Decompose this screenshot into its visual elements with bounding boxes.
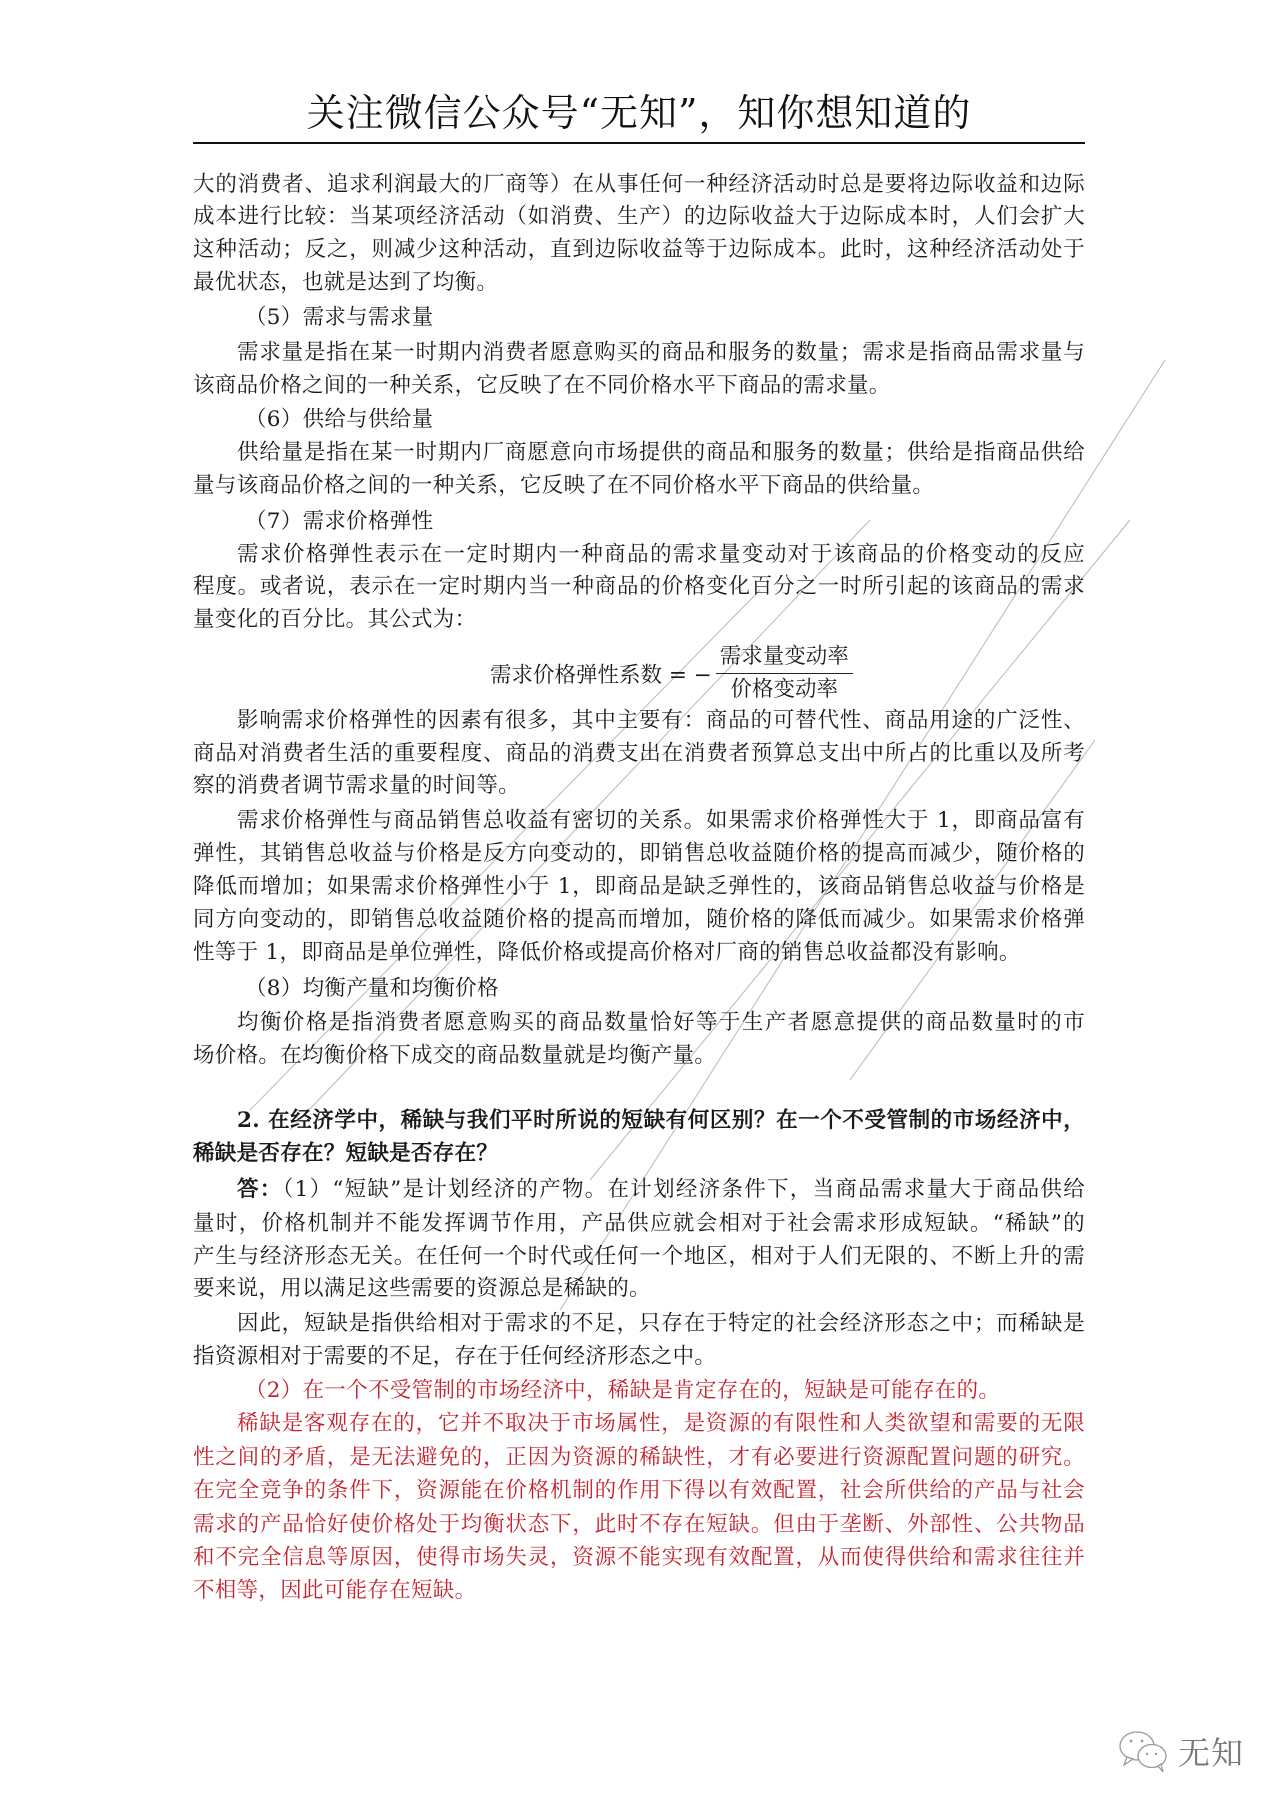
formula-fraction: 需求量变动率 价格变动率: [716, 643, 853, 704]
page-header-title: 关注微信公众号“无知”，知你想知道的: [193, 88, 1085, 138]
header-rule: [193, 142, 1085, 144]
elasticity-formula: 需求价格弹性系数 = − 需求量变动率 价格变动率: [490, 638, 853, 708]
answer-line: 量时，价格机制并不能发挥调节作用，产品供应就会相对于社会需求形成短缺。“稀缺”的: [193, 1209, 1085, 1239]
brand-text: 无知: [1178, 1728, 1244, 1774]
body-line: 量与该商品价格之间的一种关系，它反映了在不同价格水平下商品的供给量。: [193, 471, 1085, 501]
body-line: 供给量是指在某一时期内厂商愿意向市场提供的商品和服务的数量；供给是指商品供给: [193, 438, 1085, 468]
body-line: 影响需求价格弹性的因素有很多，其中主要有：商品的可替代性、商品用途的广泛性、: [193, 706, 1085, 736]
red-answer-line: 不相等，因此可能存在短缺。: [193, 1576, 1085, 1606]
wechat-brand-watermark: 无知: [1118, 1728, 1244, 1774]
red-answer-line: 和不完全信息等原因，使得市场失灵，资源不能实现有效配置，从而使得供给和需求往往并: [193, 1543, 1085, 1573]
answer-line: 指资源相对于需要的不足，存在于任何经济形态之中。: [193, 1342, 1085, 1372]
body-line: 大的消费者、追求利润最大的厂商等）在从事任何一种经济活动时总是要将边际收益和边际: [193, 170, 1085, 200]
answer-line: 答：（1）“短缺”是计划经济的产物。在计划经济条件下，当商品需求量大于商品供给: [193, 1175, 1085, 1205]
body-line: 需求量是指在某一时期内消费者愿意购买的商品和服务的数量；需求是指商品需求量与: [193, 338, 1085, 368]
body-line: 需求价格弹性与商品销售总收益有密切的关系。如果需求价格弹性大于 1，即商品富有: [193, 806, 1085, 836]
body-line: 降低而增加；如果需求价格弹性小于 1，即商品是缺乏弹性的，该商品销售总收益与价格…: [193, 872, 1085, 902]
body-line: 成本进行比较：当某项经济活动（如消费、生产）的边际收益大于边际成本时，人们会扩大: [193, 202, 1085, 232]
body-line: 弹性，其销售总收益与价格是反方向变动的，即销售总收益随价格的提高而减少，随价格的: [193, 839, 1085, 869]
formula-numerator: 需求量变动率: [716, 643, 853, 674]
answer-text: （1）“短缺”是计划经济的产物。在计划经济条件下，当商品需求量大于商品供给: [283, 1177, 1085, 1202]
red-answer-line: 在完全竞争的条件下，资源能在价格机制的作用下得以有效配置，社会所供给的产品与社会: [193, 1476, 1085, 1506]
red-answer-line: 性之间的矛盾，是无法避免的，正因为资源的稀缺性，才有必要进行资源配置问题的研究。: [193, 1443, 1085, 1473]
body-line: 该商品价格之间的一种关系，它反映了在不同价格水平下商品的需求量。: [193, 371, 1085, 401]
section-heading-7: （7）需求价格弹性: [193, 507, 1085, 537]
formula-lhs: 需求价格弹性系数 = −: [490, 658, 712, 689]
body-line: 同方向变动的，即销售总收益随价格的提高而增加，随价格的降低而减少。如果需求价格弹: [193, 905, 1085, 935]
answer-line: 因此，短缺是指供给相对于需求的不足，只存在于特定的社会经济形态之中；而稀缺是: [193, 1309, 1085, 1339]
red-answer-line: 需求的产品恰好使价格处于均衡状态下，此时不存在短缺。但由于垄断、外部性、公共物品: [193, 1510, 1085, 1540]
body-line: 察的消费者调节需求量的时间等。: [193, 771, 1085, 801]
answer-label: 答：: [237, 1177, 283, 1202]
body-line: 性等于 1，即商品是单位弹性，降低价格或提高价格对厂商的销售总收益都没有影响。: [193, 938, 1085, 968]
body-line: 最优状态，也就是达到了均衡。: [193, 268, 1085, 298]
answer-line: 产生与经济形态无关。在任何一个时代或任何一个地区，相对于人们无限的、不断上升的需: [193, 1242, 1085, 1272]
body-line: 场价格。在均衡价格下成交的商品数量就是均衡产量。: [193, 1041, 1085, 1071]
body-line: 这种活动；反之，则减少这种活动，直到边际收益等于边际成本。此时，这种经济活动处于: [193, 235, 1085, 265]
section-heading-6: （6）供给与供给量: [193, 405, 1085, 435]
body-line: 均衡价格是指消费者愿意购买的商品数量恰好等于生产者愿意提供的商品数量时的市: [193, 1008, 1085, 1038]
section-heading-5: （5）需求与需求量: [193, 303, 1085, 333]
section-heading-8: （8）均衡产量和均衡价格: [193, 974, 1085, 1004]
question-2-line: 2. 在经济学中，稀缺与我们平时所说的短缺有何区别？在一个不受管制的市场经济中，: [193, 1106, 1085, 1136]
answer-line: 要来说，用以满足这些需要的资源总是稀缺的。: [193, 1274, 1085, 1304]
red-answer-line: 稀缺是客观存在的，它并不取决于市场属性，是资源的有限性和人类欲望和需要的无限: [193, 1409, 1085, 1439]
wechat-chat-bubbles-icon: [1118, 1729, 1170, 1773]
red-answer-heading: （2）在一个不受管制的市场经济中，稀缺是肯定存在的，短缺是可能存在的。: [193, 1376, 1085, 1406]
formula-denominator: 价格变动率: [730, 674, 838, 704]
body-line: 程度。或者说，表示在一定时期内当一种商品的价格变化百分之一时所引起的该商品的需求: [193, 572, 1085, 602]
body-line: 商品对消费者生活的重要程度、商品的消费支出在消费者预算总支出中所占的比重以及所考: [193, 739, 1085, 769]
question-2-line: 稀缺是否存在？短缺是否存在？: [193, 1139, 1085, 1169]
body-line: 量变化的百分比。其公式为：: [193, 605, 1085, 635]
body-line: 需求价格弹性表示在一定时期内一种商品的需求量变动对于该商品的价格变动的反应: [193, 540, 1085, 570]
